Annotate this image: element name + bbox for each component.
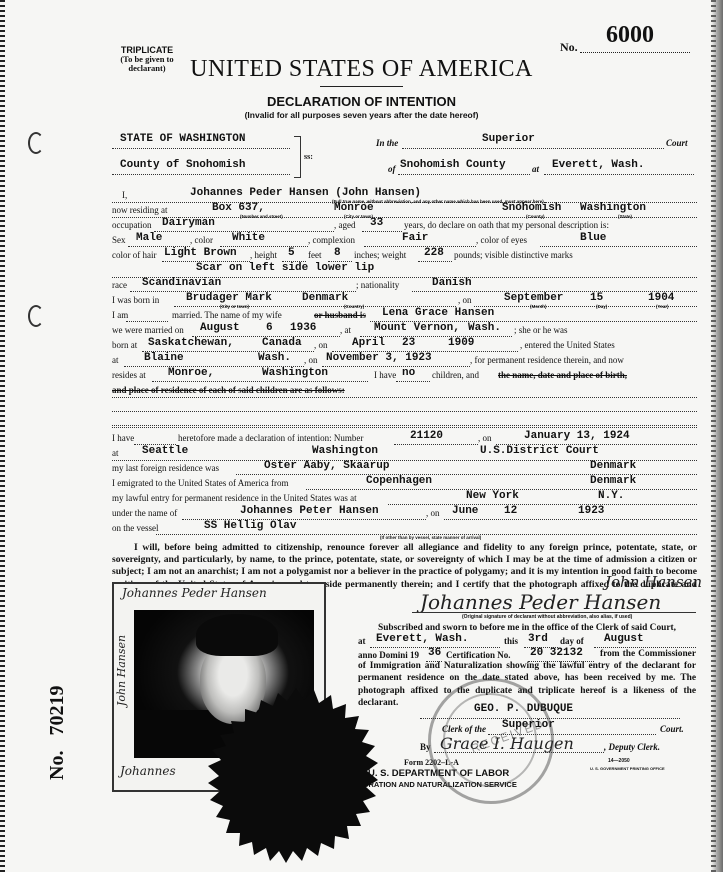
married-city-value: Mount Vernon,	[374, 322, 460, 334]
declaration-number-value: 21120	[410, 430, 443, 442]
declarant-signature: Johannes Peder Hansen	[420, 590, 661, 614]
emigrated-city-value: Copenhagen	[366, 475, 432, 487]
state-value: STATE OF WASHINGTON	[120, 133, 245, 145]
birth-place-value: Brudager Mark	[186, 292, 272, 304]
eyes-value: Blue	[580, 232, 606, 244]
marital-row: I am married. The name of my wife or hus…	[112, 308, 697, 322]
court-value: Superior	[482, 133, 535, 145]
prior-location-row: at Seattle Washington U.S.District Court	[112, 446, 697, 461]
nationality-value: Danish	[432, 277, 472, 289]
name-row: I, Johannes Peder Hansen (John Hansen) (…	[112, 188, 697, 203]
married-state-value: Wash.	[468, 322, 501, 334]
photo-signature-side: John Hansen	[115, 635, 128, 706]
county-value: County of Snohomish	[120, 159, 245, 171]
birth-month-value: September	[504, 292, 563, 304]
spouse-birth-row: born at Saskatchewan, Canada , on April …	[112, 338, 697, 352]
struck-children-text: the name, date and place of birth,	[498, 370, 627, 380]
ss-label: ss:	[304, 152, 313, 161]
declaration-court-value: U.S.District Court	[480, 445, 599, 457]
entry-day-value: 12	[504, 505, 517, 517]
description-row: Sex Male , color White , complexion Fair…	[112, 233, 697, 247]
court-location-value: Everett, Wash.	[552, 159, 644, 171]
number-label: No.	[560, 40, 578, 55]
perforation-right	[711, 0, 723, 872]
last-residence-city-value: Oster Aaby, Skaarup	[264, 460, 389, 472]
entry-city-value: New York	[466, 490, 519, 502]
age-value: 33	[370, 217, 383, 229]
birth-country-value: Denmark	[302, 292, 348, 304]
street-value: Box 637,	[212, 202, 265, 214]
printing-code: 14—2050	[608, 758, 630, 764]
residence-row: now residing at Box 637, (Number and str…	[112, 203, 697, 218]
prior-declaration-row: I have heretofore made a declaration of …	[112, 431, 697, 445]
children-row: and place of residence of each of said c…	[112, 383, 697, 398]
deputy-label: , Deputy Clerk.	[604, 742, 660, 752]
document-subtitle: DECLARATION OF INTENTION	[0, 94, 723, 109]
entry-month-value: June	[452, 505, 478, 517]
entered-state-value: Wash.	[258, 352, 291, 364]
weight-value: 228	[424, 247, 444, 259]
signature-line	[412, 612, 696, 613]
spouse-entry-row: at Blaine Wash. , on November 3, 1923 , …	[112, 353, 697, 367]
entry-state-value: N.Y.	[598, 490, 624, 502]
embossed-seal-icon	[198, 688, 394, 872]
struck-children-text-2: and place of residence of each of said c…	[112, 385, 345, 395]
birth-day-value: 15	[590, 292, 603, 304]
punch-hole-icon	[28, 132, 44, 154]
height-inches-value: 8	[334, 247, 341, 259]
document-number: 6000	[606, 22, 654, 49]
at-label: at	[532, 164, 539, 174]
entered-city-value: Blaine	[144, 352, 184, 364]
county-value: Snohomish	[502, 202, 561, 214]
court-field: Superior	[402, 134, 664, 149]
married-year-value: 1936	[290, 322, 316, 334]
spouse-birth-year-value: 1909	[448, 337, 474, 349]
occupation-value: Dairyman	[162, 217, 215, 229]
punch-hole-icon	[28, 305, 44, 327]
page-title: UNITED STATES OF AMERICA	[0, 56, 723, 83]
birth-year-value: 1904	[648, 292, 674, 304]
spouse-birth-day-value: 23	[402, 337, 415, 349]
marks-row: Scar on left side lower lip	[112, 263, 697, 278]
spouse-name-value: Lena Grace Hansen	[382, 307, 494, 319]
resides-row: resides at Monroe, Washington I have no …	[112, 368, 697, 382]
declaration-document: TRIPLICATE (To be given to declarant) No…	[0, 0, 723, 872]
children-value: no	[402, 367, 415, 379]
of-label: of	[388, 164, 396, 174]
sworn-place-value: Everett, Wash.	[376, 633, 468, 645]
blank-line	[112, 398, 697, 412]
hair-value: Light Brown	[164, 247, 237, 259]
race-row: race Scandinavian ; nationality Danish	[112, 278, 697, 292]
court-location-field: Everett, Wash.	[544, 160, 694, 175]
signature-caption: (Original signature of declarant without…	[462, 614, 632, 620]
signature-short: John Hansen	[605, 573, 702, 591]
sex-value: Male	[136, 232, 162, 244]
entry-year-value: 1923	[578, 505, 604, 517]
emigrated-row: I emigrated to the United States of Amer…	[112, 476, 697, 490]
entry-row: my lawful entry for permanent residence …	[112, 491, 697, 505]
spouse-birth-country-value: Canada	[262, 337, 302, 349]
sworn-at-row: at Everett, Wash. this 3rd day of August	[358, 634, 696, 648]
blank-line	[112, 424, 697, 428]
birth-row: I was born in Brudager Mark (City or tow…	[112, 293, 697, 307]
validity-note: (Invalid for all purposes seven years af…	[0, 110, 723, 120]
entered-date-value: November 3, 1923	[326, 352, 432, 364]
city-value: Monroe	[334, 202, 374, 214]
state-field: STATE OF WASHINGTON	[112, 134, 290, 149]
marks-value: Scar on left side lower lip	[196, 262, 374, 274]
sworn-day-value: 3rd	[528, 633, 548, 645]
photo-signature-bottom: Johannes	[120, 764, 176, 778]
full-name-value: Johannes Peder Hansen (John Hansen)	[190, 187, 421, 199]
venue-brace	[294, 136, 301, 178]
photo-signature-top: Johannes Peder Hansen	[122, 586, 267, 600]
perforation-left	[0, 0, 5, 872]
hair-row: color of hair Light Brown , height 5 fee…	[112, 248, 697, 262]
county-field: County of Snohomish	[112, 160, 290, 175]
vessel-row: on the vessel SS Hellig Olav (If other t…	[112, 521, 697, 535]
married-month-value: August	[200, 322, 240, 334]
in-the-label: In the	[376, 138, 398, 148]
race-value: Scandinavian	[142, 277, 221, 289]
number-line	[580, 52, 690, 53]
entry-name-value: Johannes Peter Hansen	[240, 505, 379, 517]
sworn-month-value: August	[604, 633, 644, 645]
declaration-date-value: January 13, 1924	[524, 430, 630, 442]
spouse-birth-place-value: Saskatchewan,	[148, 337, 234, 349]
side-serial-number: No. 70219	[46, 686, 69, 780]
entry-name-row: under the name of Johannes Peter Hansen …	[112, 506, 697, 520]
declaration-state-value: Washington	[312, 445, 378, 457]
vessel-value: SS Hellig Olav	[204, 520, 296, 532]
struck-husband-text: or husband is	[314, 310, 366, 320]
declaration-city-value: Seattle	[142, 445, 188, 457]
emigrated-country-value: Denmark	[590, 475, 636, 487]
resides-state-value: Washington	[262, 367, 328, 379]
printing-office: U. S. GOVERNMENT PRINTING OFFICE	[590, 766, 665, 771]
occupation-row: occupation Dairyman , aged 33 years, do …	[112, 218, 697, 232]
court-county-field: Snohomish County	[398, 160, 530, 175]
resides-city-value: Monroe,	[168, 367, 214, 379]
complexion-value: Fair	[402, 232, 428, 244]
court-label: Court	[666, 138, 688, 148]
court-county-value: Snohomish County	[400, 159, 506, 171]
married-day-value: 6	[266, 322, 273, 334]
clerk-court-label: Court.	[660, 724, 684, 734]
height-feet-value: 5	[288, 247, 295, 259]
title-rule	[320, 86, 403, 87]
received-stamp: RECEIVED	[428, 678, 554, 804]
last-residence-row: my last foreign residence was Oster Aaby…	[112, 461, 697, 475]
last-residence-country-value: Denmark	[590, 460, 636, 472]
state-value: Washington	[580, 202, 646, 214]
color-value: White	[232, 232, 265, 244]
spouse-birth-month-value: April	[352, 337, 385, 349]
married-on-row: we were married on August 6 1936 , at Mo…	[112, 323, 697, 337]
